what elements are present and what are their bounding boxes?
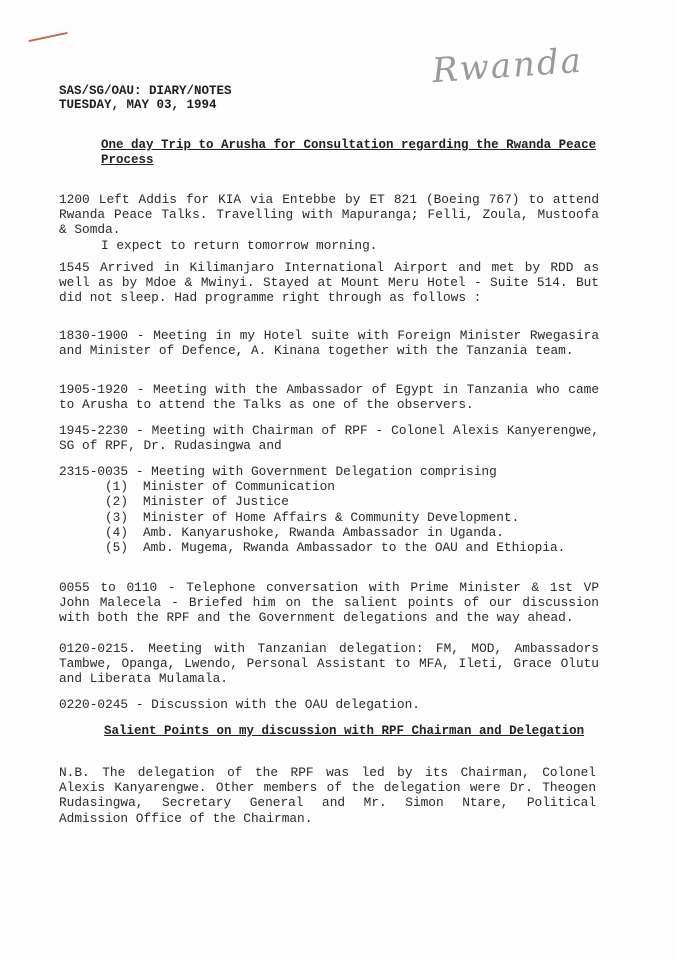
handwritten-annotation: Rwanda bbox=[431, 41, 584, 91]
diary-entry-1945: 1945-2230 - Meeting with Chairman of RPF… bbox=[59, 423, 599, 453]
entry-time: 1830-1900 bbox=[59, 328, 128, 343]
entry-extra: I expect to return tomorrow morning. bbox=[59, 238, 599, 253]
entry-text: Arrived in Kilimanjaro International Air… bbox=[59, 260, 599, 305]
entry-time: 0055 to 0110 bbox=[59, 580, 157, 595]
diary-entry-0120: 0120-0215. Meeting with Tanzanian delega… bbox=[59, 641, 599, 687]
entry-time: 1945-2230 bbox=[59, 423, 128, 438]
header-reference: SAS/SG/OAU: DIARY/NOTES bbox=[59, 84, 232, 98]
document-page: Rwanda SAS/SG/OAU: DIARY/NOTES TUESDAY, … bbox=[0, 0, 676, 960]
list-item: (2)Minister of Justice bbox=[59, 494, 599, 509]
entry-text: - Meeting with Government Delegation com… bbox=[136, 464, 497, 479]
delegation-list: (1)Minister of Communication (2)Minister… bbox=[59, 479, 599, 555]
document-title: One day Trip to Arusha for Consultation … bbox=[101, 138, 601, 168]
diary-entry-2315: 2315-0035 - Meeting with Government Dele… bbox=[59, 464, 599, 555]
diary-entry-1545: 1545 Arrived in Kilimanjaro Internationa… bbox=[59, 260, 599, 306]
entry-text: Left Addis for KIA via Entebbe by ET 821… bbox=[59, 192, 599, 237]
nb-paragraph: N.B. The delegation of the RPF was led b… bbox=[59, 765, 596, 826]
diary-entry-1905: 1905-1920 - Meeting with the Ambassador … bbox=[59, 382, 599, 412]
entry-time: 1545 bbox=[59, 260, 90, 275]
entry-text: - Meeting with Chairman of RPF - Colonel… bbox=[59, 423, 599, 453]
entry-text: - Meeting in my Hotel suite with Foreign… bbox=[59, 328, 599, 358]
list-item: (3)Minister of Home Affairs & Community … bbox=[59, 510, 599, 525]
entry-time: 1905-1920 bbox=[59, 382, 128, 397]
list-item: (5)Amb. Mugema, Rwanda Ambassador to the… bbox=[59, 540, 599, 555]
entry-time: 2315-0035 bbox=[59, 464, 128, 479]
red-pen-mark bbox=[28, 32, 68, 42]
list-item: (4)Amb. Kanyarushoke, Rwanda Ambassador … bbox=[59, 525, 599, 540]
section-heading: Salient Points on my discussion with RPF… bbox=[104, 724, 594, 739]
entry-time: 1200 bbox=[59, 192, 90, 207]
entry-text: - Meeting with the Ambassador of Egypt i… bbox=[59, 382, 599, 412]
document-header: SAS/SG/OAU: DIARY/NOTES TUESDAY, MAY 03,… bbox=[59, 84, 232, 112]
entry-text: - Discussion with the OAU delegation. bbox=[136, 697, 420, 712]
header-date: TUESDAY, MAY 03, 1994 bbox=[59, 98, 232, 112]
diary-entry-1200: 1200 Left Addis for KIA via Entebbe by E… bbox=[59, 192, 599, 253]
diary-entry-0055: 0055 to 0110 - Telephone conversation wi… bbox=[59, 580, 599, 626]
entry-time: 0220-0245 bbox=[59, 697, 128, 712]
list-item: (1)Minister of Communication bbox=[59, 479, 599, 494]
diary-entry-0220: 0220-0245 - Discussion with the OAU dele… bbox=[59, 697, 599, 712]
entry-time: 0120-0215. bbox=[59, 641, 136, 656]
entry-text: Meeting with Tanzanian delegation: FM, M… bbox=[59, 641, 599, 686]
diary-entry-1830: 1830-1900 - Meeting in my Hotel suite wi… bbox=[59, 328, 599, 358]
